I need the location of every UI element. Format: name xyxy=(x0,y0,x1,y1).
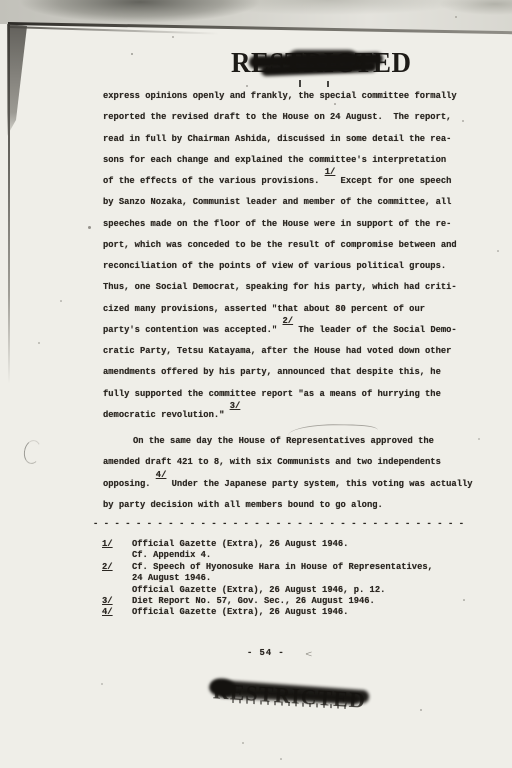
text-line: by Sanzo Nozaka, Communist leader and me… xyxy=(103,192,493,213)
text-line: party's contention was accepted." 2/ The… xyxy=(103,320,493,341)
text-segment: read in full by Chairman Ashida, discuss… xyxy=(103,134,451,144)
text-segment: speeches made on the floor of the House … xyxy=(103,219,451,229)
text-line: amendments offered by his party, announc… xyxy=(103,362,493,383)
text-segment: express opinions openly and frankly, the… xyxy=(103,91,457,101)
speck xyxy=(463,599,465,601)
speck xyxy=(101,683,103,685)
footnote-number: 3/ xyxy=(102,596,132,607)
speck xyxy=(372,564,375,567)
text-line: Thus, one Social Democrat, speaking for … xyxy=(103,277,493,298)
text-segment: Except for one speech xyxy=(335,176,451,186)
footnote-reference: 3/ xyxy=(230,396,241,417)
text-segment: by Sanzo Nozaka, Communist leader and me… xyxy=(103,197,451,207)
footnote-text: Official Gazette (Extra), 26 August 1946… xyxy=(132,539,348,562)
text-line: cratic Party, Tetsu Katayama, after the … xyxy=(103,341,493,362)
text-segment: On the same day the House of Representat… xyxy=(133,436,434,446)
text-line: port, which was conceded to be the resul… xyxy=(103,235,493,256)
text-line: democratic revolution." 3/ xyxy=(103,405,493,426)
speck xyxy=(462,120,464,122)
speck xyxy=(420,709,422,711)
speck xyxy=(60,300,62,302)
text-line: by party decision with all members bound… xyxy=(103,495,493,516)
text-segment: reported the revised draft to the House … xyxy=(103,112,451,122)
text-segment: by party decision with all members bound… xyxy=(103,500,383,510)
footnote-item: 3/Diet Report No. 57, Gov. Sec., 26 Augu… xyxy=(102,596,433,607)
body-text: express opinions openly and frankly, the… xyxy=(103,86,493,516)
page-edge-left xyxy=(8,24,10,384)
footnote-item: 4/Official Gazette (Extra), 26 August 19… xyxy=(102,607,433,618)
footnote-text: Official Gazette (Extra), 26 August 1946… xyxy=(132,607,348,618)
footnote-text: Diet Report No. 57, Gov. Sec., 26 August… xyxy=(132,596,375,607)
text-segment: reconciliation of the points of view of … xyxy=(103,261,446,271)
text-line: opposing. 4/ Under the Japanese party sy… xyxy=(103,474,493,495)
text-segment: of the effects of the various provisions… xyxy=(103,176,325,186)
text-line: speeches made on the floor of the House … xyxy=(103,214,493,235)
text-segment: fully supported the committee report "as… xyxy=(103,389,441,399)
footnote-reference: 4/ xyxy=(156,465,167,486)
corner-shadow xyxy=(7,24,33,142)
text-line: express opinions openly and frankly, the… xyxy=(103,86,493,107)
footnote-number: 4/ xyxy=(102,607,132,618)
pencil-mark xyxy=(22,439,43,466)
footnote-item: 2/Cf. Speech of Hyonosuke Hara in House … xyxy=(102,562,433,596)
text-segment: party's contention was accepted." xyxy=(103,325,283,335)
text-segment: amendments offered by his party, announc… xyxy=(103,367,441,377)
speck xyxy=(172,36,174,38)
speck xyxy=(242,742,244,744)
text-segment: Thus, one Social Democrat, speaking for … xyxy=(103,282,457,292)
text-line: read in full by Chairman Ashida, discuss… xyxy=(103,129,493,150)
speck xyxy=(306,134,308,136)
footnotes: 1/Official Gazette (Extra), 26 August 19… xyxy=(102,539,433,619)
speck xyxy=(88,226,91,229)
text-segment: cized many provisions, asserted "that ab… xyxy=(103,304,425,314)
text-segment: opposing. xyxy=(103,479,156,489)
scanner-background xyxy=(0,0,512,40)
footnote-item: 1/Official Gazette (Extra), 26 August 19… xyxy=(102,539,433,562)
speck xyxy=(280,758,282,760)
text-line: of the effects of the various provisions… xyxy=(103,171,493,192)
footnote-reference: 1/ xyxy=(325,162,336,183)
page-number: - 54 - xyxy=(247,648,285,658)
speck xyxy=(455,16,457,18)
footnote-reference: 2/ xyxy=(283,311,294,332)
text-segment: democratic revolution." xyxy=(103,410,230,420)
text-segment: port, which was conceded to be the resul… xyxy=(103,240,457,250)
speck xyxy=(334,103,336,105)
text-segment: The leader of the Social Demo- xyxy=(293,325,457,335)
text-line: reported the revised draft to the House … xyxy=(103,107,493,128)
stray-mark: < xyxy=(305,650,312,660)
speck xyxy=(478,438,480,440)
speck xyxy=(246,85,248,87)
footnote-number: 1/ xyxy=(102,539,132,562)
text-segment: Under the Japanese party system, this vo… xyxy=(166,479,472,489)
text-line: reconciliation of the points of view of … xyxy=(103,256,493,277)
speck xyxy=(38,342,40,344)
restricted-stamp-top: RESTRICTED xyxy=(231,47,395,89)
footnote-number: 2/ xyxy=(102,562,132,596)
text-line: fully supported the committee report "as… xyxy=(103,384,493,405)
text-line: sons for each change and explained the c… xyxy=(103,150,493,171)
text-line: cized many provisions, asserted "that ab… xyxy=(103,299,493,320)
footnote-separator: - - - - - - - - - - - - - - - - - - - - … xyxy=(93,519,464,529)
footnote-text: Cf. Speech of Hyonosuke Hara in House of… xyxy=(132,562,433,596)
text-segment: amended draft 421 to 8, with six Communi… xyxy=(103,457,441,467)
speck xyxy=(131,53,133,55)
text-segment: cratic Party, Tetsu Katayama, after the … xyxy=(103,346,451,356)
text-segment: sons for each change and explained the c… xyxy=(103,155,446,165)
speck xyxy=(497,250,499,252)
ink-smear xyxy=(287,50,359,71)
